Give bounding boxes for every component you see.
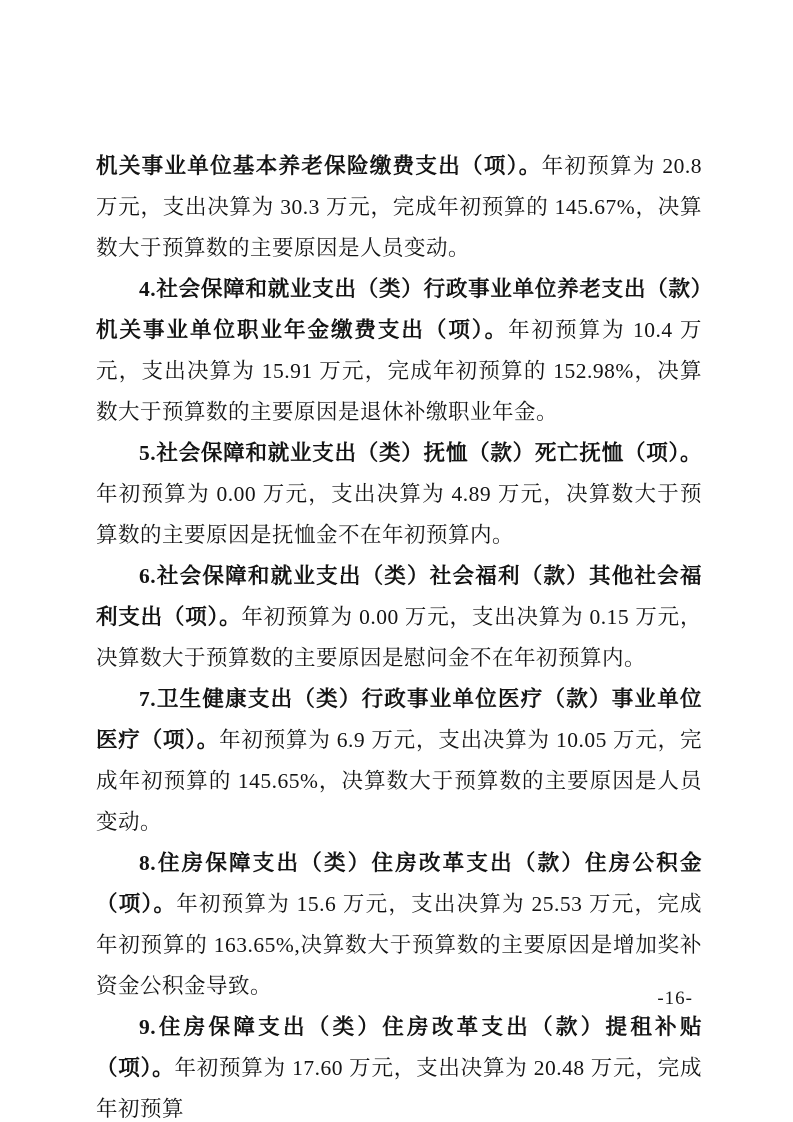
page-body-text: 机关事业单位基本养老保险缴费支出（项）。年初预算为 20.8 万元，支出决算为 … xyxy=(96,146,702,1122)
paragraph-item-8: 8.住房保障支出（类）住房改革支出（款）住房公积金（项）。年初预算为 15.6 … xyxy=(96,843,702,1007)
paragraph-item-4: 4.社会保障和就业支出（类）行政事业单位养老支出（款）机关事业单位职业年金缴费支… xyxy=(96,269,702,433)
document-page: 机关事业单位基本养老保险缴费支出（项）。年初预算为 20.8 万元，支出决算为 … xyxy=(0,0,793,1122)
paragraph-lead: 机关事业单位基本养老保险缴费支出（项）。 xyxy=(96,154,542,178)
paragraph-body: 年初预算为 15.6 万元，支出决算为 25.53 万元，完成年初预算的 163… xyxy=(96,892,702,998)
paragraph-item-5: 5.社会保障和就业支出（类）抚恤（款）死亡抚恤（项）。年初预算为 0.00 万元… xyxy=(96,433,702,556)
paragraph-body: 年初预算为 17.60 万元，支出决算为 20.48 万元，完成年初预算 xyxy=(96,1056,702,1121)
paragraph-body: 年初预算为 0.00 万元，支出决算为 4.89 万元，决算数大于预算数的主要原… xyxy=(96,482,702,547)
paragraph-item-7: 7.卫生健康支出（类）行政事业单位医疗（款）事业单位医疗（项）。年初预算为 6.… xyxy=(96,679,702,843)
page-number: -16- xyxy=(657,988,693,1010)
paragraph-item-6: 6.社会保障和就业支出（类）社会福利（款）其他社会福利支出（项）。年初预算为 0… xyxy=(96,556,702,679)
paragraph-item-9: 9.住房保障支出（类）住房改革支出（款）提租补贴（项）。年初预算为 17.60 … xyxy=(96,1007,702,1122)
paragraph-lead: 5.社会保障和就业支出（类）抚恤（款）死亡抚恤（项）。 xyxy=(139,441,702,465)
paragraph-continuation: 机关事业单位基本养老保险缴费支出（项）。年初预算为 20.8 万元，支出决算为 … xyxy=(96,146,702,269)
